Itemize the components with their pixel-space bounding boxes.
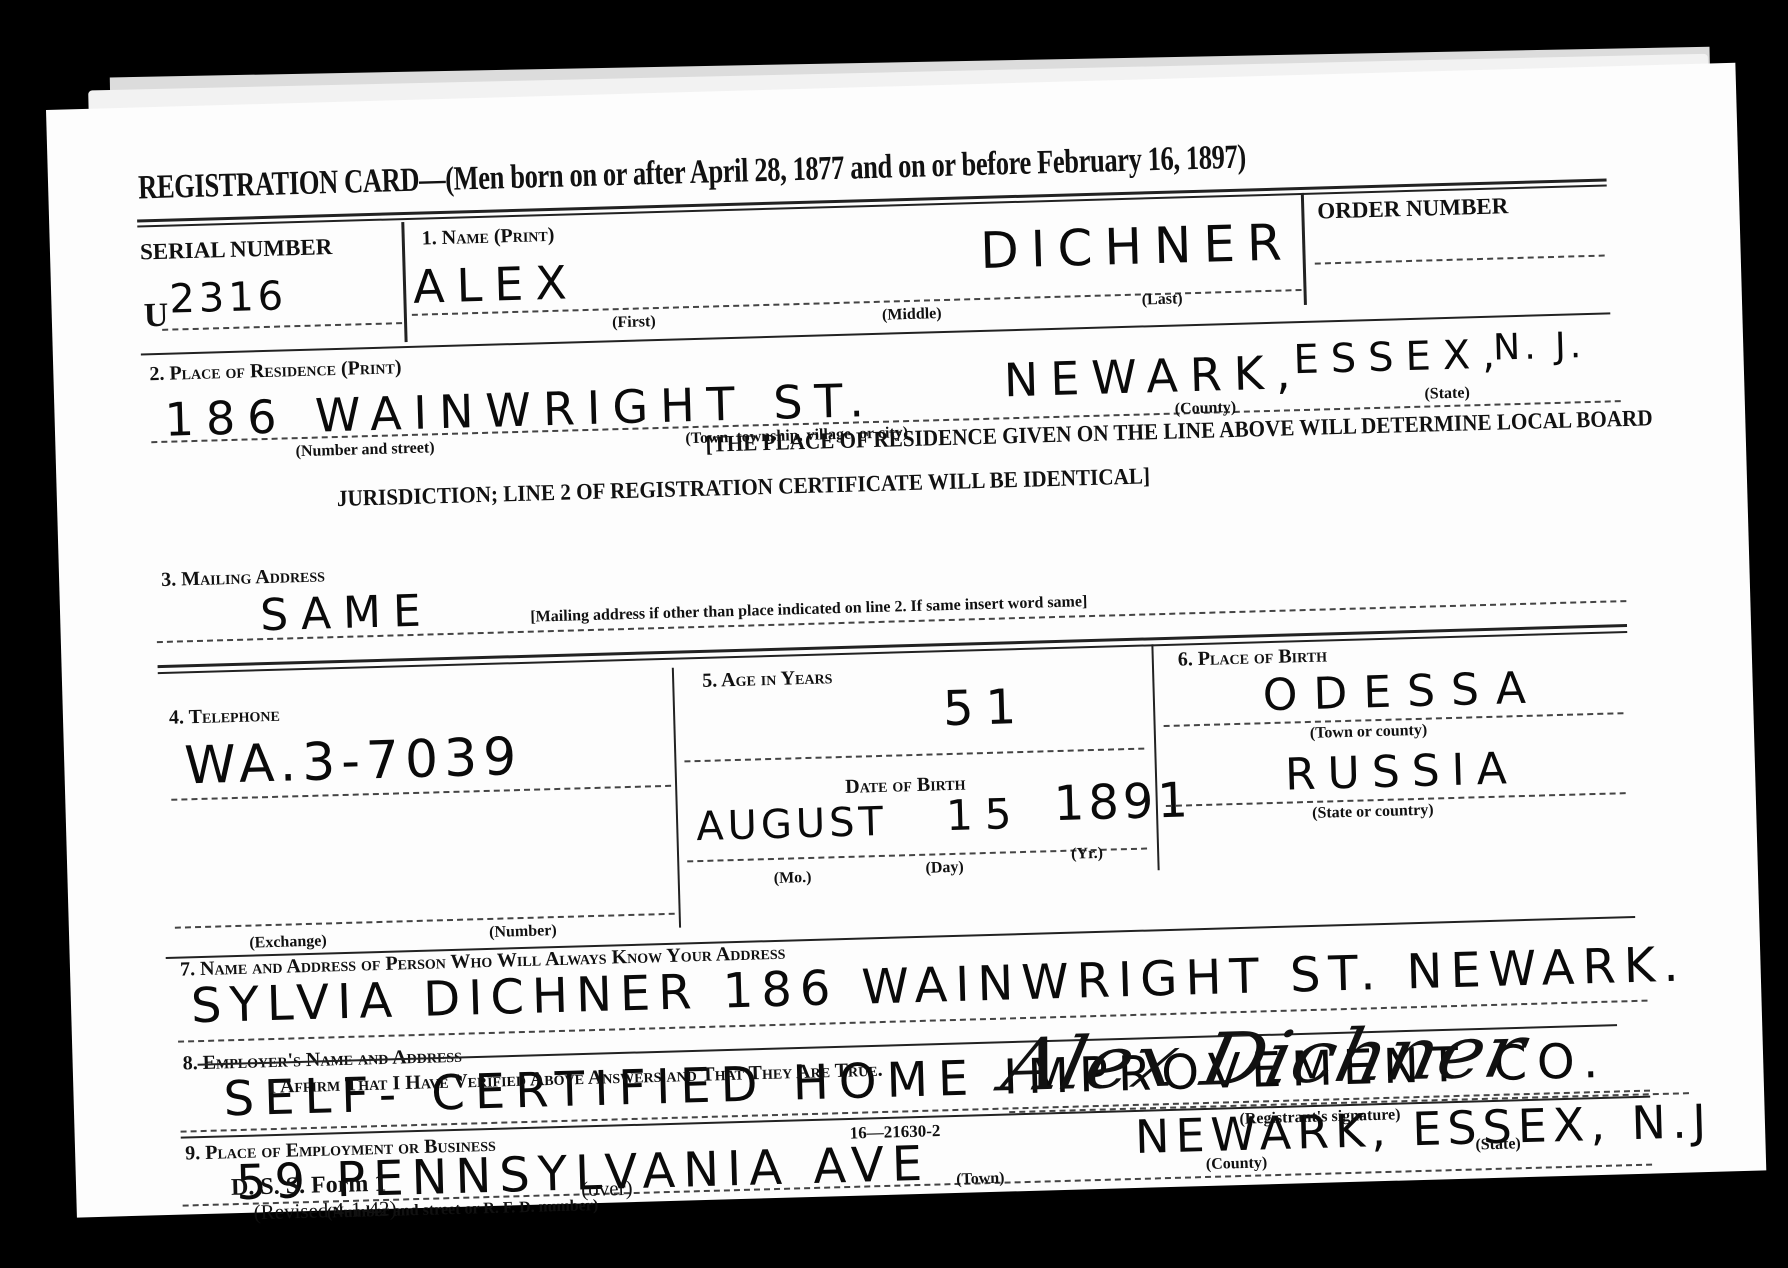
telephone-label: 4. Telephone [169, 704, 280, 730]
signature-caption: (Registrant's signature) [1239, 1106, 1400, 1128]
number-caption: (Number) [489, 922, 557, 942]
county-caption: (County) [1175, 399, 1237, 419]
dob-day-value: 15 [945, 789, 1024, 840]
street-caption: (Number and street) [295, 439, 434, 461]
residence-state-value: N. J. [1493, 325, 1586, 369]
dob-year-caption: (Yr.) [1071, 845, 1103, 864]
dob-day-caption: (Day) [925, 859, 964, 878]
last-name-value: DICHNER [979, 213, 1294, 280]
first-name-caption: (First) [612, 313, 656, 332]
card-title: REGISTRATION CARD—(Men born on or after … [138, 139, 1247, 208]
serial-line [162, 322, 402, 331]
mailing-address-value: SAME [259, 585, 433, 641]
print-code: 16—21630-2 [849, 1121, 940, 1144]
form-revised: (Revised 4-1-42) [253, 1196, 397, 1225]
residence-label: 2. Place of Residence (Print) [149, 356, 402, 386]
over-note: (over) [581, 1176, 633, 1202]
telephone-value: WA.3-7039 [184, 727, 523, 796]
name-label: 1. Name (Print) [421, 224, 554, 251]
exchange-line [175, 913, 675, 929]
exchange-caption: (Exchange) [249, 932, 327, 952]
birthplace-country-caption: (State or country) [1312, 802, 1434, 823]
order-number-line [1315, 255, 1605, 265]
residence-town-value: NEWARK, [1003, 345, 1303, 407]
dob-divider [1151, 644, 1159, 870]
dob-month-value: AUGUST [696, 799, 888, 850]
state-caption: (State) [1424, 384, 1470, 403]
serial-number-label: SERIAL NUMBER [140, 234, 333, 265]
birthplace-label: 6. Place of Birth [1177, 644, 1327, 671]
age-line [684, 748, 1144, 763]
dob-year-value: 1891 [1053, 772, 1193, 832]
order-divider [1301, 193, 1307, 305]
serial-divider [401, 222, 407, 342]
first-name-value: ALEX [412, 255, 579, 314]
birthplace-town-value: ODESSA [1262, 662, 1542, 721]
middle-name-caption: (Middle) [882, 305, 942, 325]
birthplace-country-value: RUSSIA [1284, 743, 1519, 801]
age-label: 5. Age in Years [702, 666, 833, 693]
last-name-caption: (Last) [1141, 290, 1182, 309]
mailing-caption: [Mailing address if other than place ind… [530, 593, 1087, 627]
birthplace-town-caption: (Town or county) [1310, 722, 1428, 743]
dob-month-caption: (Mo.) [774, 869, 812, 888]
age-value: 51 [942, 679, 1029, 737]
serial-number-value: 2316 [169, 273, 288, 322]
affirmation-text: I Affirm That I Have Verified Above Answ… [268, 1059, 883, 1099]
card-footer: I Affirm That I Have Verified Above Answ… [46, 963, 1742, 1260]
telephone-divider [672, 668, 681, 928]
registrant-signature: Alex Dichner [996, 1009, 1532, 1108]
residence-county-value: ESSEX, [1293, 331, 1508, 383]
order-number-label: ORDER NUMBER [1317, 193, 1509, 224]
residence-notice-line-2: JURISDICTION; LINE 2 OF REGISTRATION CER… [337, 463, 1151, 512]
mailing-address-label: 3. Mailing Address [161, 564, 325, 592]
